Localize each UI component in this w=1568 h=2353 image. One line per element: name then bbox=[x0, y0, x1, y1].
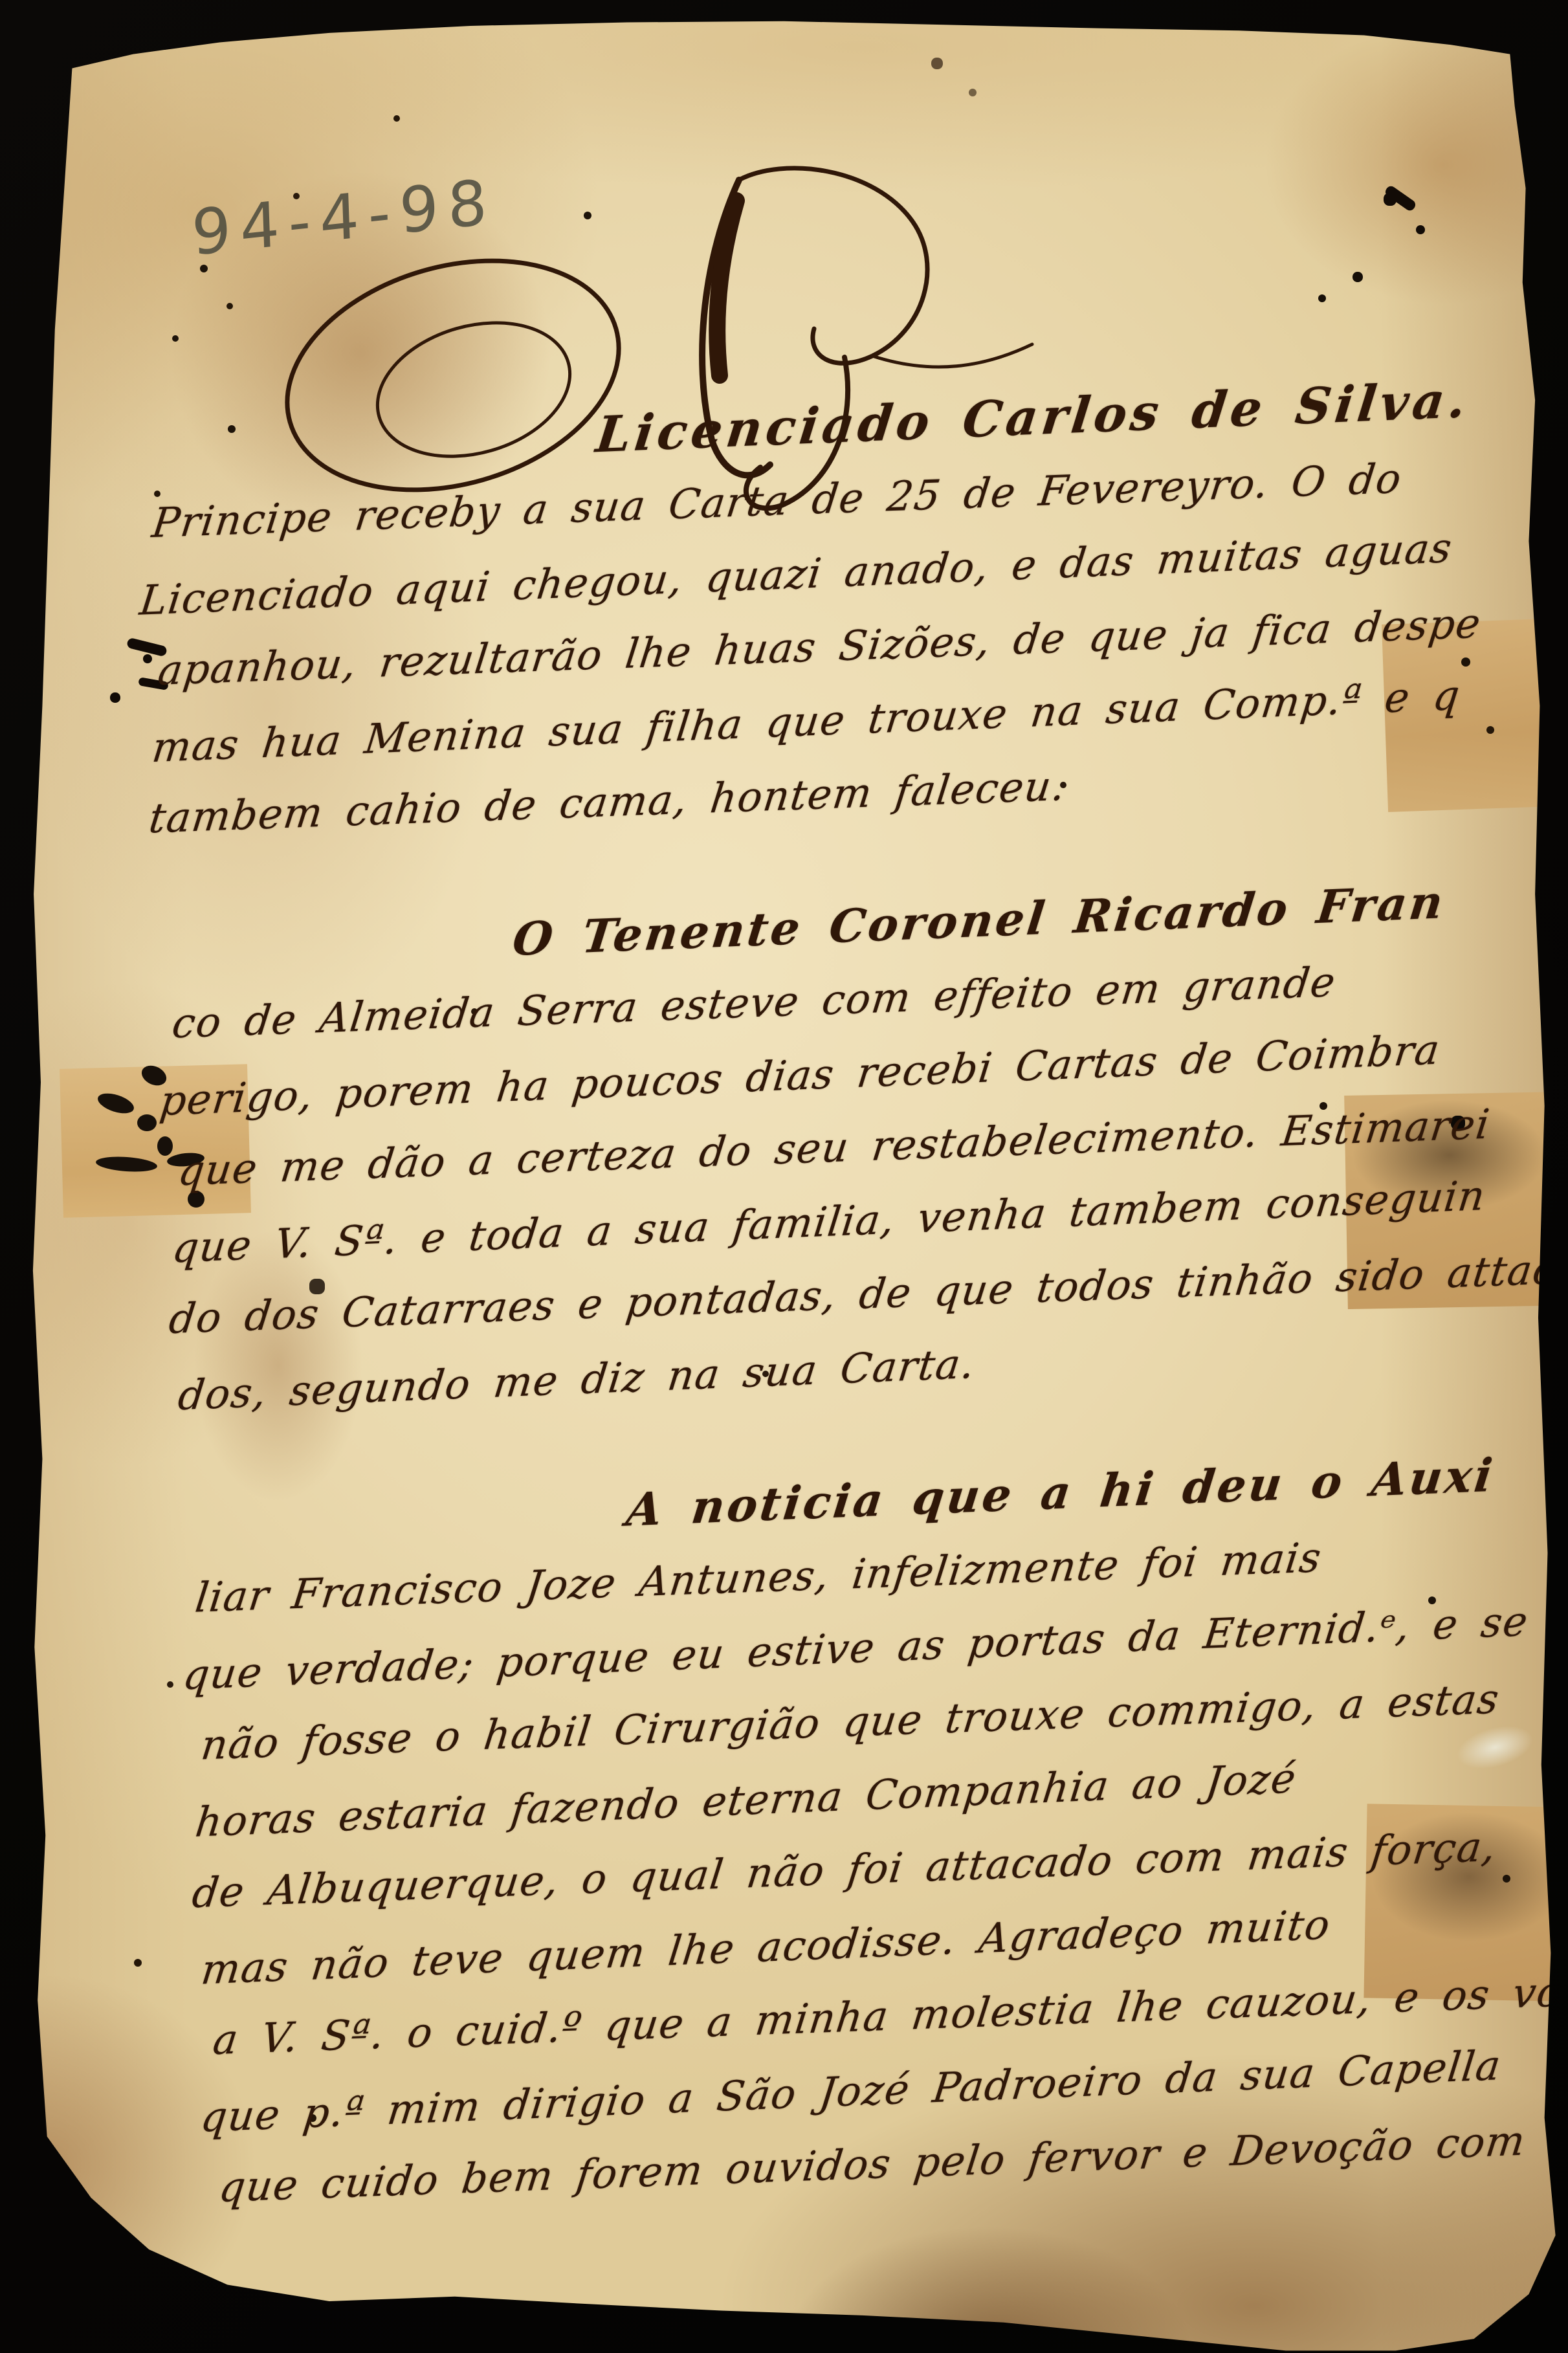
paragraph: A noticia que a hi deu o Auxiliar Franci… bbox=[43, 1433, 1568, 2233]
paragraph: O Tenente Coronel Ricardo Franco de Alme… bbox=[20, 859, 1568, 1439]
paragraph: Licenciado Carlos de Silva.Principe rece… bbox=[0, 359, 1568, 865]
ink-streak bbox=[1384, 184, 1417, 213]
photo-background: 94-4-98 Licenciado Carlos de Silva.Princ… bbox=[0, 0, 1568, 2353]
manuscript-paper: 94-4-98 Licenciado Carlos de Silva.Princ… bbox=[0, 0, 1568, 2353]
ink-speckles bbox=[0, 0, 4, 4]
letter-body: Licenciado Carlos de Silva.Principe rece… bbox=[0, 359, 1568, 2292]
